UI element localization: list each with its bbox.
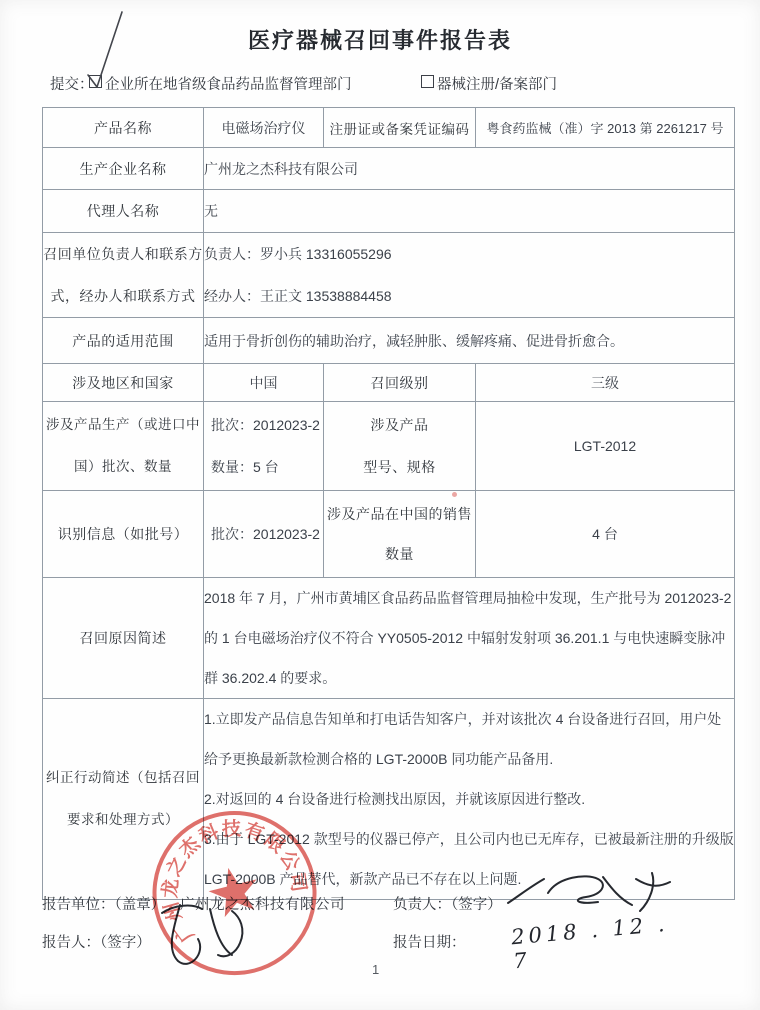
cell-agent: 无	[204, 190, 735, 233]
report-date-label: 报告日期：	[393, 931, 466, 952]
contact-label-line2: 式，经办人和联系方式	[43, 275, 203, 317]
agent-value: 无	[204, 203, 218, 219]
cell-contact: 负责人：罗小兵 13316055296 经办人：王正文 13538884458	[204, 233, 735, 318]
cell-region: 中国	[204, 364, 324, 402]
cell-model: LGT-2012	[476, 402, 735, 491]
manufacturer-value: 广州龙之杰科技有限公司	[204, 161, 358, 177]
cell-region-label: 涉及地区和国家	[43, 364, 204, 402]
cell-contact-label: 召回单位负责人和联系方 式，经办人和联系方式	[43, 233, 204, 318]
manufacturer-label: 生产企业名称	[80, 161, 167, 177]
cell-reason-label: 召回原因简述	[43, 578, 204, 699]
cell-reg-cert-label: 注册证或备案凭证编码	[324, 108, 476, 148]
responsible-sign-label: 负责人：（签字）	[393, 893, 502, 914]
sales-qty-value: 4 台	[592, 526, 618, 542]
cell-recall-level: 三级	[476, 364, 735, 402]
cell-product-name: 电磁场治疗仪	[204, 108, 324, 148]
cell-sales-label: 涉及产品在中国的销售 数量	[324, 491, 476, 578]
cell-reason: 2018 年 7 月，广州市黄埔区食品药品监督管理局抽检中发现，生产批号为 20…	[204, 578, 735, 699]
reg-cert-label: 注册证或备案凭证编码	[330, 122, 470, 137]
cell-product-name-label: 产品名称	[43, 108, 204, 148]
model-label-line2: 型号、规格	[324, 446, 475, 488]
batch-label-line1: 涉及产品生产（或进口中	[43, 404, 203, 446]
cell-model-label: 涉及产品 型号、规格	[324, 402, 476, 491]
page-number: 1	[372, 962, 379, 977]
action-label-line1: 纠正行动简述（包括召回	[43, 757, 203, 799]
stamp-ink-speck	[452, 492, 457, 497]
action-item-3: 3.由于 LGT-2012 款型号的仪器已停产，且公司内也已无库存，已被最新注册…	[204, 819, 734, 899]
page-title: 医疗器械召回事件报告表	[0, 24, 760, 55]
cell-id-label: 识别信息（如批号）	[43, 491, 204, 578]
region-label: 涉及地区和国家	[72, 375, 174, 391]
id-batch-value: 批次：2012023-2	[211, 526, 320, 542]
cell-id-batch: 批次：2012023-2	[204, 491, 324, 578]
table-row: 涉及地区和国家 中国 召回级别 三级	[43, 364, 735, 402]
scope-value: 适用于骨折创伤的辅助治疗，减轻肿胀、缓解疼痛、促进骨折愈合。	[204, 333, 624, 349]
contact-label-line1: 召回单位负责人和联系方	[43, 233, 203, 275]
model-value: LGT-2012	[574, 438, 636, 454]
sales-label-line2: 数量	[324, 534, 475, 574]
product-name-label: 产品名称	[94, 120, 152, 136]
cell-batch: 批次：2012023-2 数量：5 台	[204, 402, 324, 491]
id-label: 识别信息（如批号）	[58, 526, 189, 542]
action-item-1: 1.立即发产品信息告知单和打电话告知客户，并对该批次 4 台设备进行召回，用户处…	[204, 699, 734, 779]
region-value: 中国	[250, 375, 278, 391]
cell-agent-label: 代理人名称	[43, 190, 204, 233]
table-row: 代理人名称 无	[43, 190, 735, 233]
batch-label-line2: 国）批次、数量	[43, 446, 203, 488]
submit-option2-label: 器械注册/备案部门	[437, 73, 557, 94]
table-row: 识别信息（如批号） 批次：2012023-2 涉及产品在中国的销售 数量 4 台	[43, 491, 735, 578]
submit-label: 提交：	[50, 73, 94, 94]
table-row: 涉及产品生产（或进口中 国）批次、数量 批次：2012023-2 数量：5 台 …	[43, 402, 735, 491]
sales-label-line1: 涉及产品在中国的销售	[324, 494, 475, 534]
recall-level-label: 召回级别	[371, 375, 429, 391]
cell-batch-label: 涉及产品生产（或进口中 国）批次、数量	[43, 402, 204, 491]
contact-person1: 负责人：罗小兵 13316055296	[204, 233, 734, 275]
table-row: 召回原因简述 2018 年 7 月，广州市黄埔区食品药品监督管理局抽检中发现，生…	[43, 578, 735, 699]
cell-scope: 适用于骨折创伤的辅助治疗，减轻肿胀、缓解疼痛、促进骨折愈合。	[204, 318, 735, 364]
recall-level-value: 三级	[591, 375, 619, 391]
handwritten-report-date: 2018 . 12 . 7	[510, 911, 684, 974]
action-label-line2: 要求和处理方式）	[43, 799, 203, 841]
scope-label: 产品的适用范围	[72, 333, 174, 349]
cell-scope-label: 产品的适用范围	[43, 318, 204, 364]
batch-line2: 数量：5 台	[211, 446, 323, 488]
reg-cert-value: 粤食药监械（准）字 2013 第 2261217 号	[487, 121, 724, 136]
batch-line1: 批次：2012023-2	[211, 404, 323, 446]
cell-action-label: 纠正行动简述（包括召回 要求和处理方式）	[43, 699, 204, 900]
cell-recall-level-label: 召回级别	[324, 364, 476, 402]
agent-label: 代理人名称	[87, 203, 160, 219]
action-item-2: 2.对返回的 4 台设备进行检测找出原因，并就该原因进行整改.	[204, 779, 734, 819]
cell-sales-qty: 4 台	[476, 491, 735, 578]
contact-person2: 经办人：王正文 13538884458	[204, 275, 734, 317]
report-unit-label: 报告单位：（盖章）	[42, 893, 165, 914]
checkbox-registration-dept[interactable]	[421, 75, 434, 88]
reason-label: 召回原因简述	[80, 630, 167, 646]
table-row: 产品的适用范围 适用于骨折创伤的辅助治疗，减轻肿胀、缓解疼痛、促进骨折愈合。	[43, 318, 735, 364]
model-label-line1: 涉及产品	[324, 404, 475, 446]
reason-text: 2018 年 7 月，广州市黄埔区食品药品监督管理局抽检中发现，生产批号为 20…	[204, 590, 731, 686]
cell-manufacturer-label: 生产企业名称	[43, 148, 204, 190]
product-name-value: 电磁场治疗仪	[222, 120, 306, 136]
checkbox-provincial-fda[interactable]	[89, 75, 102, 88]
table-row: 召回单位负责人和联系方 式，经办人和联系方式 负责人：罗小兵 133160552…	[43, 233, 735, 318]
report-unit-value: 广州龙之杰科技有限公司	[180, 893, 345, 914]
cell-actions: 1.立即发产品信息告知单和打电话告知客户，并对该批次 4 台设备进行召回，用户处…	[204, 699, 735, 900]
reporter-sign-label: 报告人：（签字）	[42, 931, 151, 952]
submit-option1-label: 企业所在地省级食品药品监督管理部门	[105, 73, 352, 94]
table-row: 纠正行动简述（包括召回 要求和处理方式） 1.立即发产品信息告知单和打电话告知客…	[43, 699, 735, 900]
recall-report-table: 产品名称 电磁场治疗仪 注册证或备案凭证编码 粤食药监械（准）字 2013 第 …	[42, 107, 735, 900]
table-row: 产品名称 电磁场治疗仪 注册证或备案凭证编码 粤食药监械（准）字 2013 第 …	[43, 108, 735, 148]
scanned-recall-report-page: 医疗器械召回事件报告表 提交： 企业所在地省级食品药品监督管理部门 器械注册/备…	[0, 0, 760, 1010]
submit-line: 提交： 企业所在地省级食品药品监督管理部门 器械注册/备案部门	[0, 71, 760, 93]
cell-manufacturer: 广州龙之杰科技有限公司	[204, 148, 735, 190]
table-row: 生产企业名称 广州龙之杰科技有限公司	[43, 148, 735, 190]
cell-reg-cert: 粤食药监械（准）字 2013 第 2261217 号	[476, 108, 735, 148]
